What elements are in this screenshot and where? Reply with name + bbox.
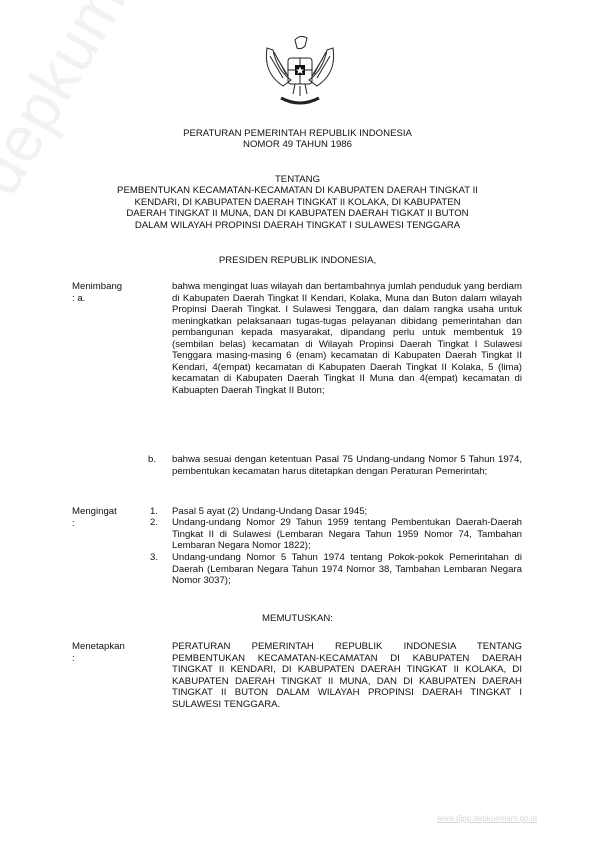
garuda-emblem-icon xyxy=(255,28,345,118)
issuer: PRESIDEN REPUBLIK INDONESIA, xyxy=(0,255,595,266)
menetapkan-label: Menetapkan : xyxy=(72,641,125,664)
memutuskan-heading: MEMUTUSKAN: xyxy=(0,613,595,624)
item-marker: 2. xyxy=(150,517,158,529)
menetapkan-text: PERATURAN PEMERINTAH REPUBLIK INDONESIA … xyxy=(172,641,522,710)
menimbang-item-b: bahwa sesuai dengan ketentuan Pasal 75 U… xyxy=(172,454,522,477)
mengingat-item-1: Pasal 5 ayat (2) Undang-Undang Dasar 194… xyxy=(172,506,522,518)
menimbang-label: Menimbang : a. xyxy=(72,281,122,304)
subject-line: PEMBENTUKAN KECAMATAN-KECAMATAN DI KABUP… xyxy=(0,185,595,196)
menimbang-item-a: bahwa mengingat luas wilayah dan bertamb… xyxy=(172,281,522,396)
subject-line: KENDARI, DI KABUPATEN DAERAH TINGKAT II … xyxy=(0,197,595,208)
mengingat-label: Mengingat : xyxy=(72,506,117,529)
subject-line: DALAM WILAYAH PROPINSI DAERAH TINGKAT I … xyxy=(0,220,595,231)
tentang-heading: TENTANG xyxy=(0,174,595,185)
regulation-title: PERATURAN PEMERINTAH REPUBLIK INDONESIA … xyxy=(0,128,595,151)
mengingat-item-3: Undang-undang Nomor 5 Tahun 1974 tentang… xyxy=(172,552,522,587)
subject-line: DAERAH TINGKAT II MUNA, DAN DI KABUPATEN… xyxy=(0,208,595,219)
item-marker: 1. xyxy=(150,506,158,518)
footer-url-link[interactable]: www.djpp.depkumham.go.id xyxy=(437,814,537,823)
title-line-1: PERATURAN PEMERINTAH REPUBLIK INDONESIA xyxy=(0,128,595,139)
item-marker: b. xyxy=(148,454,156,466)
subject-block: TENTANG PEMBENTUKAN KECAMATAN-KECAMATAN … xyxy=(0,174,595,231)
title-line-2: NOMOR 49 TAHUN 1986 xyxy=(0,139,595,150)
mengingat-item-2: Undang-undang Nomor 29 Tahun 1959 tentan… xyxy=(172,517,522,552)
item-marker: 3. xyxy=(150,552,158,564)
